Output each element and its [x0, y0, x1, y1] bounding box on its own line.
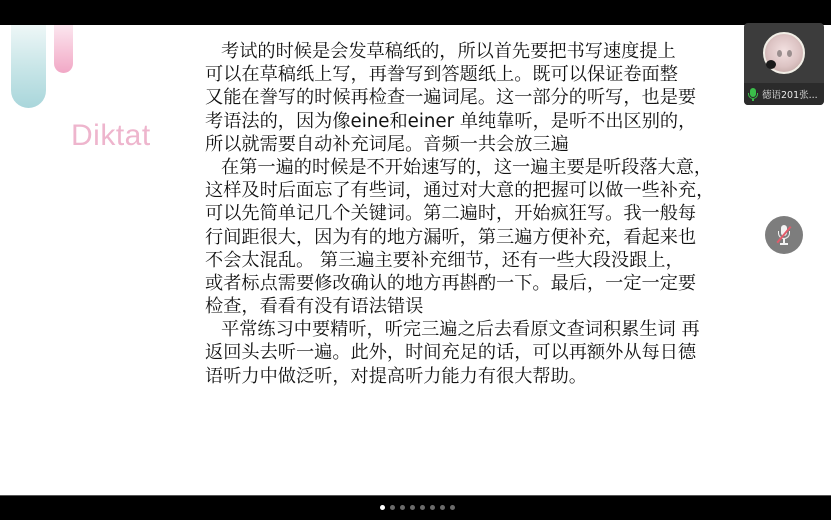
slide-body-text: 考试的时候是会发草稿纸的，所以首先要把书写速度提上 可以在草稿纸上写，再誊写到答… [205, 40, 785, 388]
avatar-detail [766, 60, 776, 69]
presentation-slide: Diktat 考试的时候是会发草稿纸的，所以首先要把书写速度提上 可以在草稿纸上… [0, 25, 831, 495]
text-line: 不会太混乱。 第三遍主要补充细节，还有一些大段没跟上， [205, 249, 785, 272]
decorative-pink-bar [54, 25, 73, 73]
top-bar [0, 0, 831, 25]
decorative-teal-bar [11, 25, 46, 108]
avatar-eye [787, 50, 792, 57]
page-dot-1[interactable] [380, 505, 385, 510]
page-dot-2[interactable] [390, 505, 395, 510]
mic-muted-icon [776, 225, 792, 245]
text-line: 又能在誊写的时候再检查一遍词尾。这一部分的听写，也是要 [205, 86, 785, 109]
page-dot-6[interactable] [430, 505, 435, 510]
text-line: 检查，看看有没有语法错误 [205, 295, 785, 318]
text-line: 或者标点需要修改确认的地方再斟酌一下。最后，一定一定要 [205, 272, 785, 295]
slide-title: Diktat [71, 119, 151, 153]
paragraph-1: 考试的时候是会发草稿纸的，所以首先要把书写速度提上 可以在草稿纸上写，再誊写到答… [205, 40, 785, 156]
text-line: 语听力中做泛听，对提高听力能力有很大帮助。 [205, 365, 785, 388]
avatar [763, 32, 805, 74]
participant-video-tile[interactable]: 德语201张... [744, 23, 824, 105]
text-line: 在第一遍的时候是不开始速写的，这一遍主要是听段落大意， [205, 156, 785, 179]
paragraph-2: 在第一遍的时候是不开始速写的，这一遍主要是听段落大意， 这样及时后面忘了有些词，… [205, 156, 785, 318]
page-dot-8[interactable] [450, 505, 455, 510]
text-line: 考试的时候是会发草稿纸的，所以首先要把书写速度提上 [205, 40, 785, 63]
text-line: 可以先简单记几个关键词。第二遍时，开始疯狂写。我一般每 [205, 202, 785, 225]
avatar-eye [777, 50, 782, 57]
page-dot-7[interactable] [440, 505, 445, 510]
page-dot-3[interactable] [400, 505, 405, 510]
text-line: 考语法的，因为像eine和einer 单纯靠听，是听不出区别的， [205, 110, 785, 133]
participant-name: 德语201张... [762, 87, 818, 101]
mute-toggle-button[interactable] [765, 216, 803, 254]
text-line: 行间距很大，因为有的地方漏听，第三遍方便补充，看起来也 [205, 226, 785, 249]
paragraph-3: 平常练习中要精听，听完三遍之后去看原文查词积累生词 再 返回头去听一遍。此外，时… [205, 318, 785, 388]
page-dot-5[interactable] [420, 505, 425, 510]
text-line: 这样及时后面忘了有些词，通过对大意的把握可以做一些补充， [205, 179, 785, 202]
text-line: 可以在草稿纸上写，再誊写到答题纸上。既可以保证卷面整 [205, 63, 785, 86]
mic-active-icon [748, 88, 758, 101]
text-line: 所以就需要自动补充词尾。音频一共会放三遍 [205, 133, 785, 156]
text-line: 平常练习中要精听，听完三遍之后去看原文查词积累生词 再 [205, 318, 785, 341]
text-line: 返回头去听一遍。此外，时间充足的话，可以再额外从每日德 [205, 341, 785, 364]
participant-name-bar: 德语201张... [744, 83, 824, 105]
page-dot-4[interactable] [410, 505, 415, 510]
page-indicator [0, 505, 831, 510]
